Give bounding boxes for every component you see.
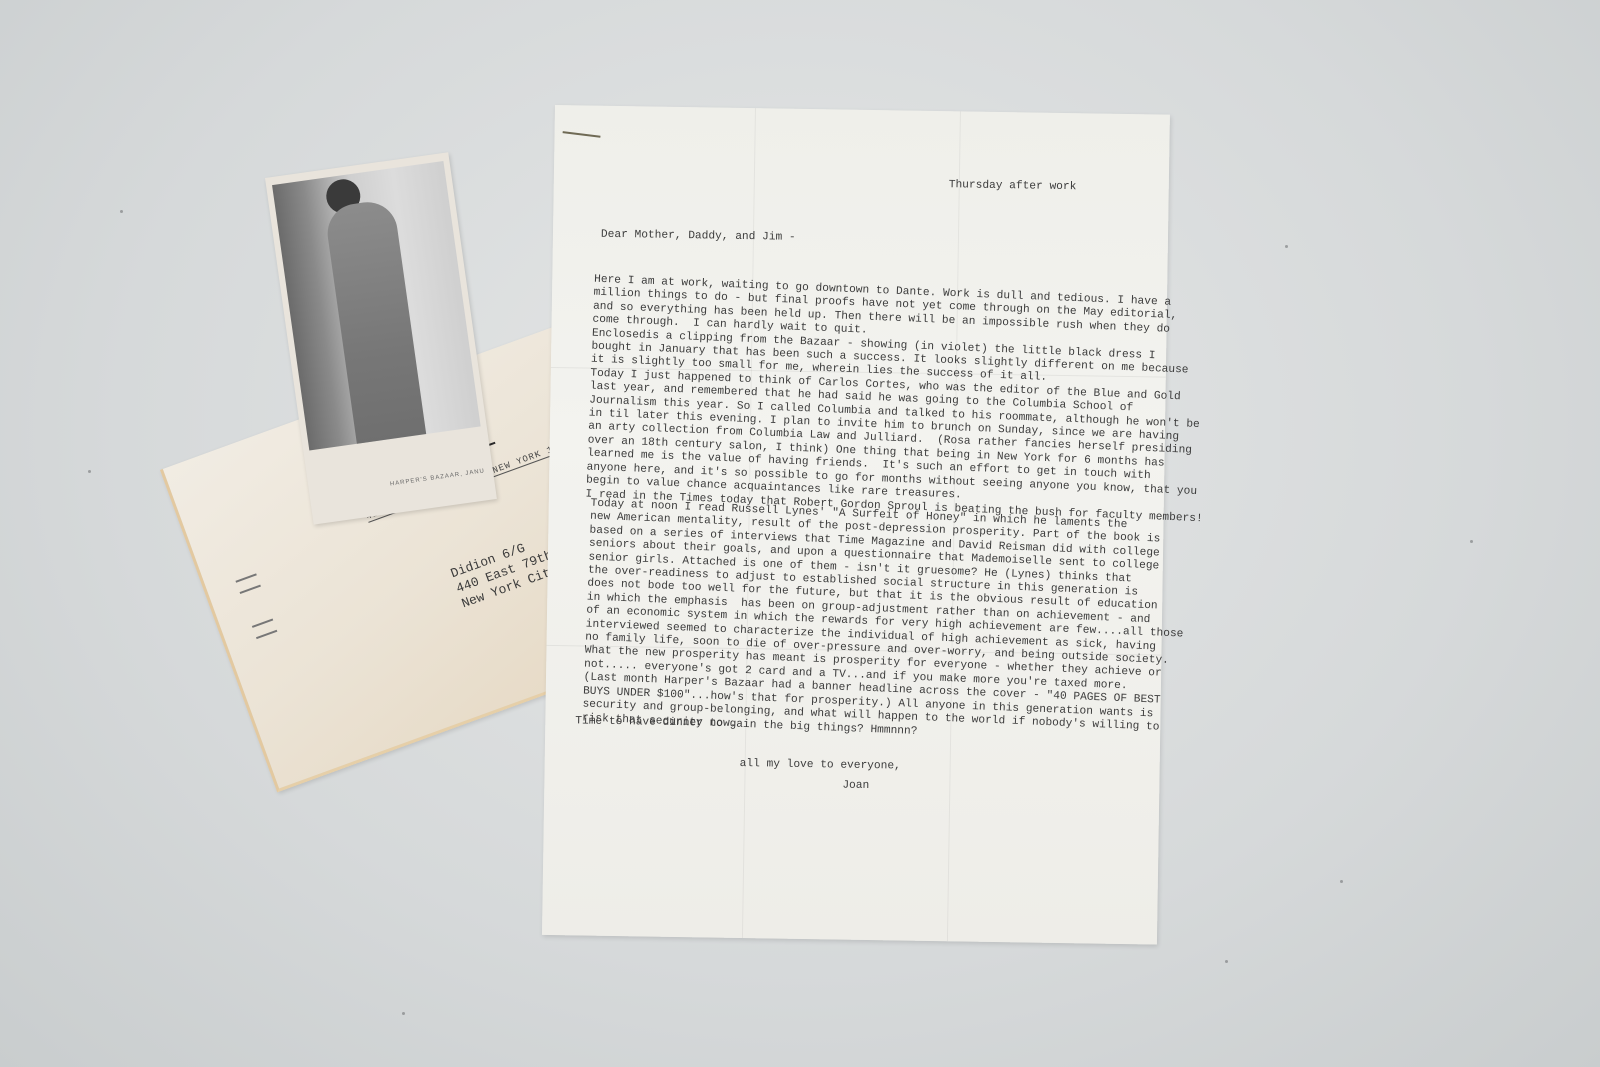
salutation: Dear Mother, Daddy, and Jim -	[601, 229, 796, 244]
valediction: all my love to everyone,	[740, 758, 901, 773]
clipping-caption: HARPER'S BAZAAR, JANU	[390, 468, 486, 487]
signature: Joan	[842, 780, 869, 792]
surface-speck	[402, 1012, 405, 1015]
date-line: Thursday after work	[949, 179, 1077, 193]
staple	[563, 131, 601, 138]
closing-line: Time to have dinner now.	[575, 715, 736, 730]
envelope-mark	[252, 618, 273, 627]
envelope-mark	[240, 585, 261, 594]
surface-speck	[1340, 880, 1343, 883]
envelope-mark	[256, 630, 277, 639]
surface-speck	[1470, 540, 1473, 543]
surface-speck	[120, 210, 123, 213]
surface-speck	[1285, 245, 1288, 248]
paragraph-2: Today at noon I read Russell Lynes' "A S…	[582, 498, 1188, 750]
envelope-mark	[235, 573, 256, 582]
surface-speck	[88, 470, 91, 473]
surface-speck	[1225, 960, 1228, 963]
paragraph-1: Here I am at work, waiting to go downtow…	[585, 274, 1211, 527]
dress-photo	[272, 161, 481, 450]
typed-letter: Thursday after work Dear Mother, Daddy, …	[542, 105, 1170, 945]
model-dress	[324, 198, 428, 450]
